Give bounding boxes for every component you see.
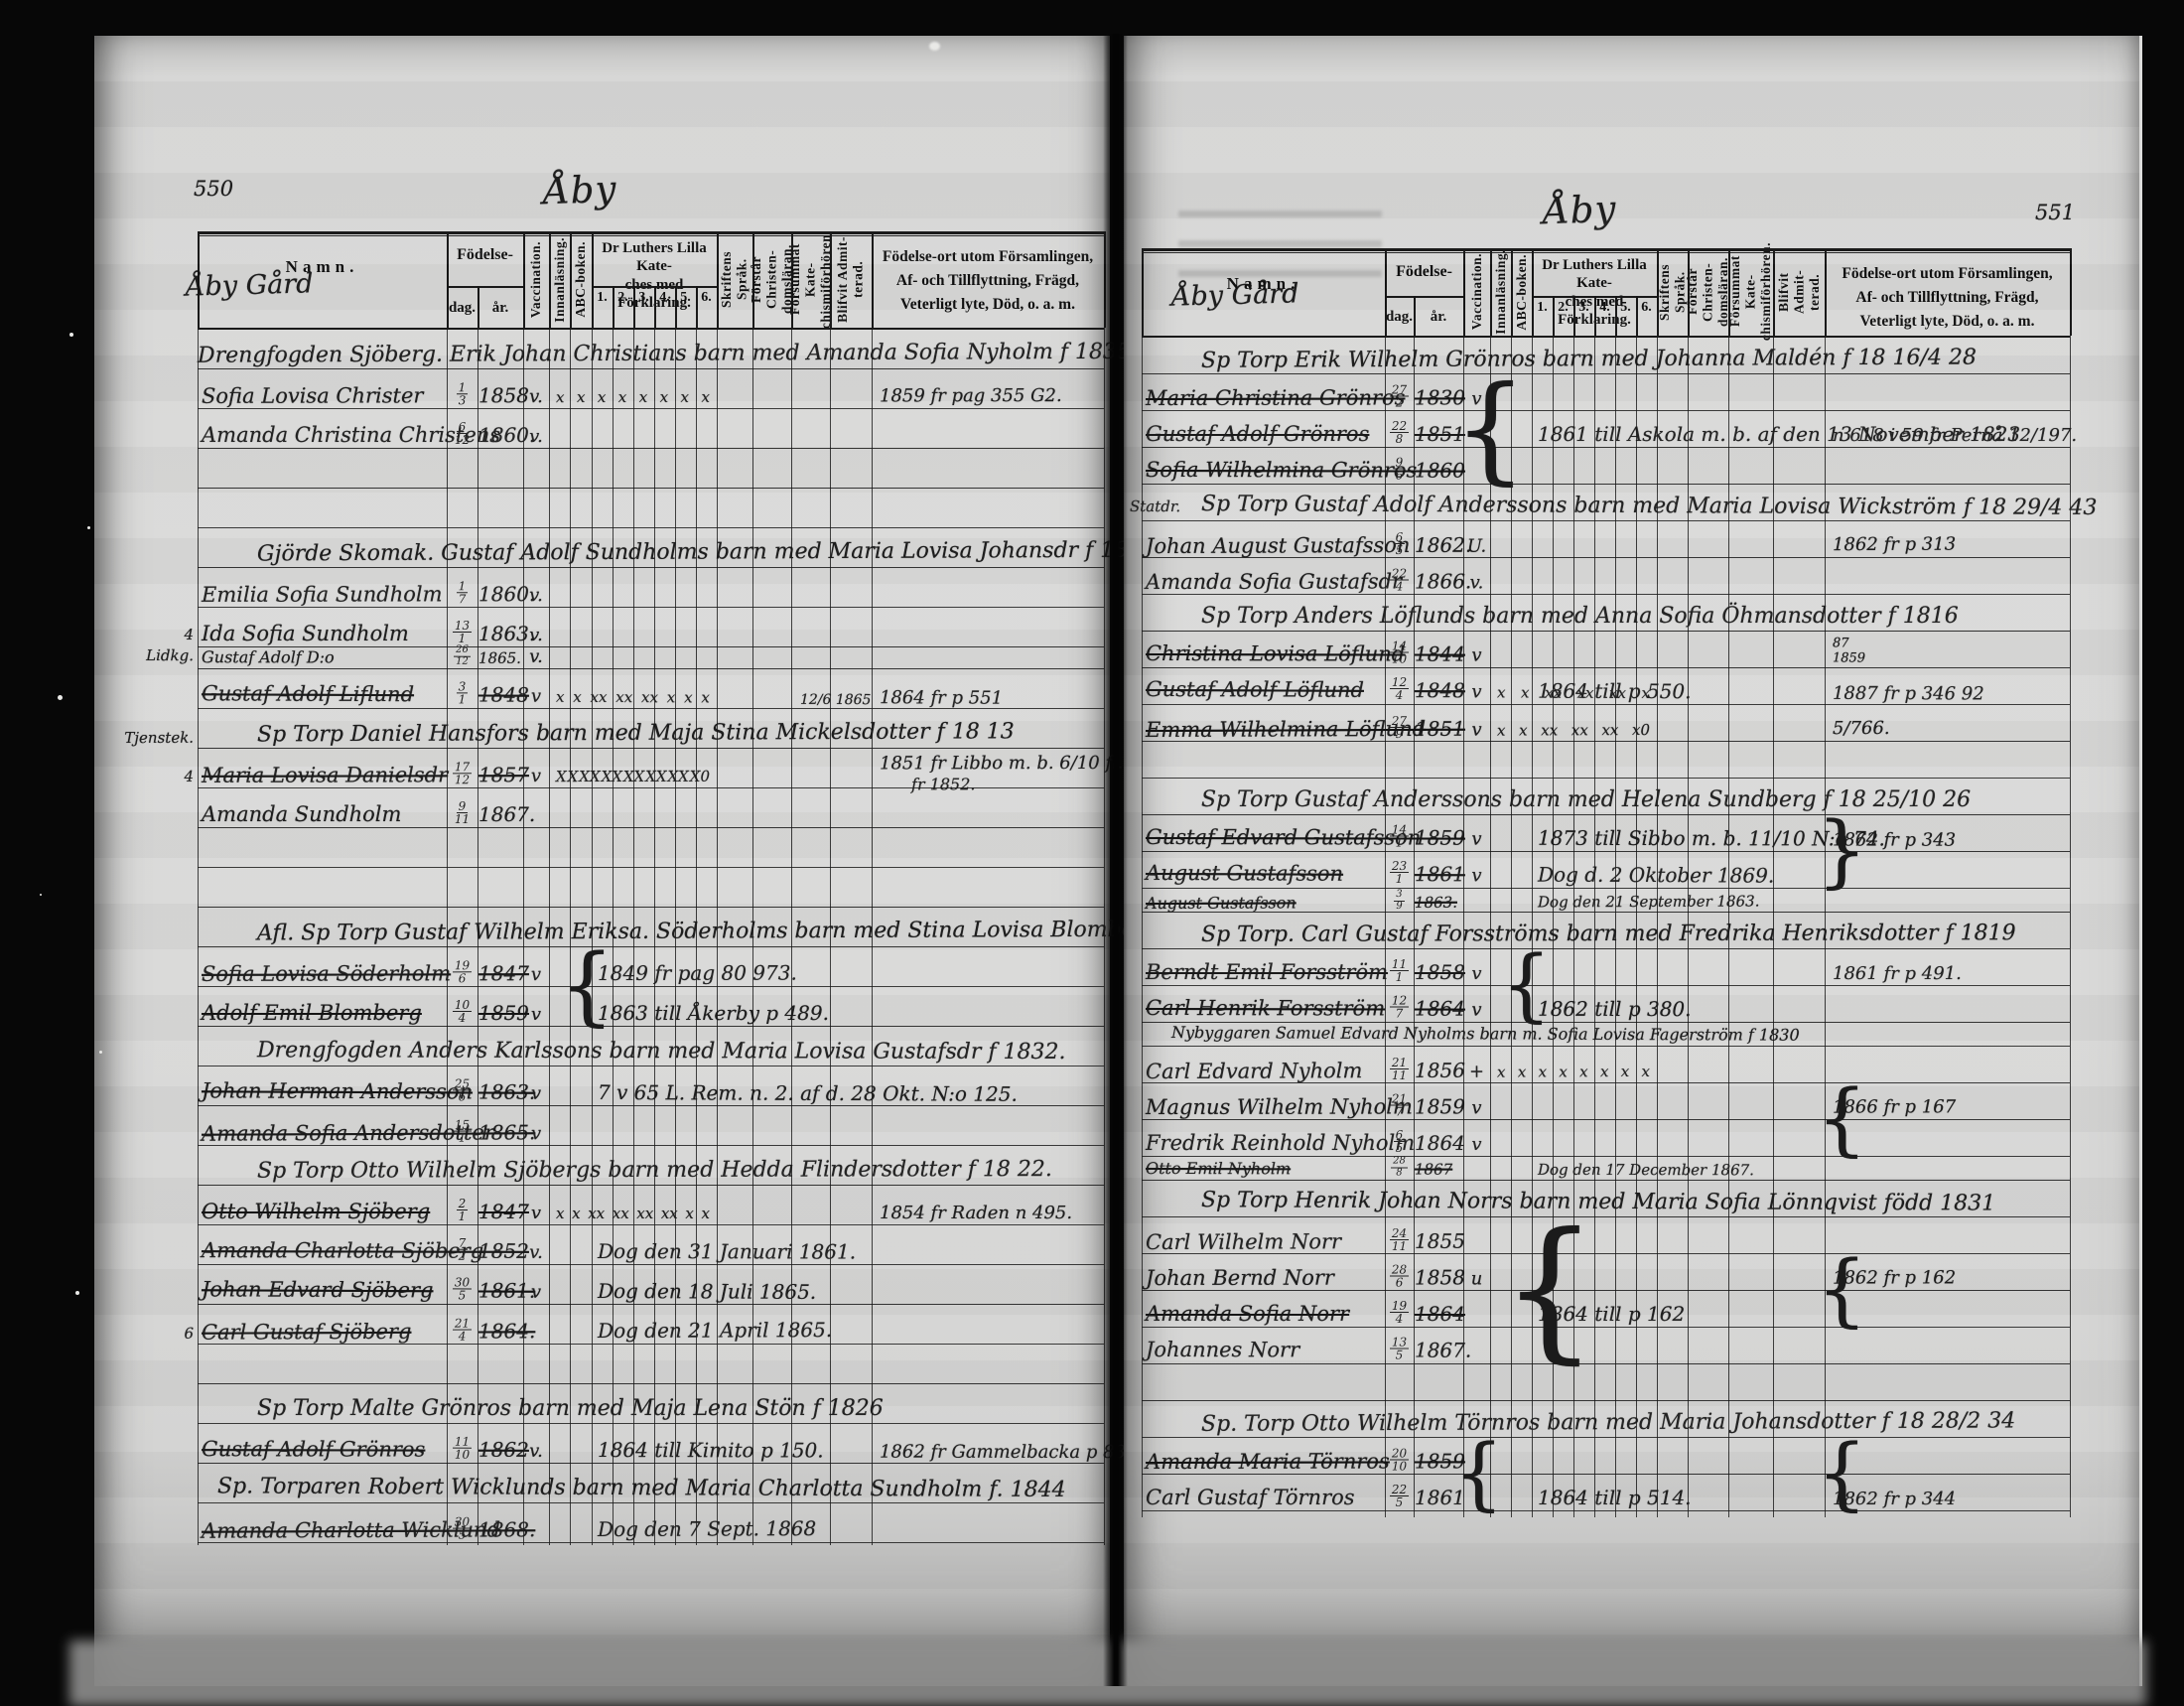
birth-day-cell: 305 xyxy=(447,1515,478,1541)
name-cell: Amanda Sofia Gustafsdr xyxy=(1146,570,1381,594)
name-cell: Amanda Sofia Norr xyxy=(1146,1302,1381,1326)
register-row: Gustaf Edvard Gustafsson1411859v1873 til… xyxy=(1124,814,2142,853)
reading-mark: x xyxy=(1559,1063,1568,1080)
vaccination-mark: v xyxy=(1463,865,1490,886)
grid-line xyxy=(549,328,550,1545)
reading-mark: x xyxy=(1621,1063,1630,1080)
family-header-text: Sp Torp. Carl Gustaf Forsströms barn med… xyxy=(1201,921,2068,947)
birth-day-figure: 20 xyxy=(1390,1447,1409,1461)
register-row: Amanda Sundholm9111867. xyxy=(94,788,1110,828)
family-header-row: Sp. Torp Otto Wilhelm Törnros barn med M… xyxy=(1124,1399,2142,1440)
family-header-row: Sp Torp Anders Löflunds barn med Anna So… xyxy=(1124,595,2142,632)
birth-day-cell: 1410 xyxy=(1385,640,1414,665)
birth-day-cell: 2010 xyxy=(1385,1447,1414,1473)
reading-mark: x xyxy=(1521,684,1530,702)
birth-day-figure: 8 xyxy=(1396,433,1404,446)
grid-line xyxy=(696,286,698,328)
birth-day-figure: 9 xyxy=(1396,901,1402,912)
reading-mark: x xyxy=(701,388,710,406)
register-row: Berndt Emil Forsström1111858v1861 fr p 4… xyxy=(1124,949,2142,986)
birth-year-cell: 1863. xyxy=(478,1079,522,1103)
vaccination-mark: v xyxy=(523,1203,549,1223)
name-cell: Sofia Wilhelmina Grönros xyxy=(1146,458,1381,482)
grid-line xyxy=(752,328,753,1545)
birth-day-figure: 7 xyxy=(459,594,467,607)
birth-year-cell: 1864. xyxy=(478,1319,522,1343)
register-row: Lidkg.Gustaf Adolf D:o26121865.v. xyxy=(94,646,1110,670)
grid-line xyxy=(1688,248,1690,336)
vaccination-mark: v xyxy=(1463,829,1490,850)
kat-note: 1873 till Sibbo m. b. 11/10 N:o 74. xyxy=(1538,826,1831,851)
blank-row xyxy=(94,487,1110,530)
reading-mark: x xyxy=(1579,1063,1588,1080)
name-cell: Johan August Gustafsson xyxy=(1146,533,1381,558)
film-speck xyxy=(75,1291,79,1295)
film-speck xyxy=(99,1051,102,1054)
register-row: 4Ida Sofia Sundholm1311863.v. xyxy=(94,608,1110,647)
register-row: Gustaf Adolf Löflund1241848vxxxxxxxxx186… xyxy=(1124,666,2142,707)
register-row: Amanda Christina Christens6121860.v. xyxy=(94,409,1110,449)
name-cell: Sofia Lovisa Christer xyxy=(202,383,443,408)
reading-mark: x xyxy=(572,1205,580,1222)
family-header-row: Sp. Torparen Robert Wicklunds barn med M… xyxy=(94,1462,1110,1505)
birth-year-cell: 1862 xyxy=(478,1438,522,1462)
grid-line xyxy=(1463,336,1464,1517)
family-header-row: Tjenstek.Sp Torp Daniel Hansfors barn me… xyxy=(94,707,1110,751)
birth-day-figure: 28 xyxy=(1391,1156,1408,1168)
birth-day-figure: 17 xyxy=(453,761,472,775)
name-cell: Amanda Maria Törnros xyxy=(1146,1450,1381,1474)
rule-line xyxy=(198,231,1104,234)
kat-note: 1849 fr pag 80 973. xyxy=(598,960,878,985)
birth-day-cell: 127 xyxy=(1385,994,1414,1020)
note-cell: 1864 fr p 551 xyxy=(880,687,1102,709)
kat-note: Dog den 17 December 1867. xyxy=(1538,1161,1831,1180)
birth-year-cell: 1847 xyxy=(478,961,522,985)
reading-mark: x xyxy=(1641,1063,1650,1080)
family-header-row: Sp Torp Malte Grönros barn med Maja Lena… xyxy=(94,1384,1110,1424)
reading-mark: XX xyxy=(667,768,688,785)
brace-mark: { xyxy=(1501,1213,1598,1366)
film-speck xyxy=(58,695,63,700)
birth-day-figure: 11 xyxy=(455,813,470,826)
birth-day-figure: 9 xyxy=(457,800,469,814)
grid-line xyxy=(872,328,873,1545)
birth-day-cell: 124 xyxy=(1385,676,1414,702)
vaccination-mark: v. xyxy=(523,386,549,407)
grid-line xyxy=(1553,296,1555,336)
birth-day-cell: 39 xyxy=(1385,890,1414,912)
birth-day-figure: 7 xyxy=(1396,1008,1404,1021)
birth-year-cell: 1867 xyxy=(1415,1161,1462,1179)
film-speck xyxy=(87,526,90,529)
grid-line xyxy=(523,231,525,328)
name-cell: Carl Edvard Nyholm xyxy=(1146,1059,1381,1083)
birth-year-cell: 1856 xyxy=(1415,1059,1462,1082)
register-row: Amanda Sofia Andersdotter1511865.v xyxy=(94,1104,1110,1148)
brace-mark: { xyxy=(1453,370,1527,487)
birth-day-figure: 12 xyxy=(1390,994,1409,1008)
kat-note: 1862 till p 380. xyxy=(1538,997,1831,1022)
grid-line xyxy=(1615,336,1616,1517)
name-cell: Emilia Sofia Sundholm xyxy=(202,582,443,607)
register-row: Johan August Gustafsson651862.U.1862 fr … xyxy=(1124,519,2142,560)
birth-day-cell: 196 xyxy=(447,959,478,985)
birth-day-cell: 272 xyxy=(1385,383,1414,409)
grid-line xyxy=(872,231,874,328)
birth-year-cell: 1858 xyxy=(1415,960,1462,984)
birth-day-figure: 21 xyxy=(1390,1092,1409,1106)
grid-line xyxy=(1511,248,1513,336)
birth-day-figure: 2 xyxy=(1396,397,1404,410)
name-cell: Gustaf Adolf Liflund xyxy=(202,681,443,706)
birth-day-figure: 4 xyxy=(1396,1313,1404,1326)
note-cell: 1887 fr p 346 92 xyxy=(1833,683,2068,705)
brace-mark: { xyxy=(1453,1434,1504,1513)
name-cell: Otto Wilhelm Sjöberg xyxy=(202,1200,443,1223)
name-cell: Ida Sofia Sundholm xyxy=(202,622,443,645)
reading-mark: XX xyxy=(645,768,666,785)
register-row: Carl Henrik Forsström1271864v1862 till p… xyxy=(1124,985,2142,1024)
brace-mark: { xyxy=(1817,1079,1867,1159)
register-row: Fredrik Reinhold Nyholm651864v xyxy=(1124,1120,2142,1157)
birth-day-cell: 286 xyxy=(1385,1263,1414,1289)
reading-mark: x xyxy=(660,388,669,406)
family-header-text: Sp Torp Otto Wilhelm Sjöbergs barn med H… xyxy=(257,1157,1102,1184)
birth-day-figure: 13 xyxy=(453,620,472,634)
family-header-text: Drengfogden Anders Karlssons barn med Ma… xyxy=(257,1038,1102,1065)
vaccination-mark: + xyxy=(1463,1062,1490,1082)
name-cell: Christina Lovisa Löflund xyxy=(1146,641,1381,665)
birth-day-figure: 3 xyxy=(459,395,467,408)
family-header-text: Sp. Torparen Robert Wicklunds barn med M… xyxy=(217,1474,1102,1502)
grid-line xyxy=(654,286,656,328)
grid-line xyxy=(2070,248,2072,336)
birth-day-cell: 279 xyxy=(1385,715,1414,741)
vaccination-mark: v. xyxy=(1463,572,1490,593)
note-cell: 1851 fr Libbo m. b. 6/10 fl. n:o 8 xyxy=(880,753,1102,774)
reading-mark: X0 xyxy=(690,768,710,785)
grid-line xyxy=(1414,296,1416,336)
reading-mark: x xyxy=(1497,1064,1506,1081)
birth-year-cell: 1848 xyxy=(478,682,522,706)
birth-year-cell: 1847 xyxy=(478,1200,522,1223)
birth-day-cell: 72 xyxy=(447,1236,478,1262)
birth-day-figure: 28 xyxy=(1390,1263,1409,1277)
birth-day-figure: 21 xyxy=(453,1317,472,1331)
birth-day-figure: 4 xyxy=(1396,689,1404,702)
rule-line xyxy=(447,286,523,288)
brace-mark: { xyxy=(1501,945,1552,1025)
birth-day-figure: 12 xyxy=(456,656,469,667)
name-cell: Johan Edvard Sjöberg xyxy=(202,1277,443,1302)
register-row: Magnus Wilhelm Nyholm2171859v1866 fr p 1… xyxy=(1124,1082,2142,1121)
brace-mark: { xyxy=(560,943,614,1029)
vaccination-mark: v xyxy=(1463,681,1490,702)
name-cell: Gustaf Adolf Grönros xyxy=(1146,422,1381,446)
birth-day-cell: 2411 xyxy=(1385,1227,1414,1253)
register-row: Sofia Lovisa Christer131858v.xxxxxxxx185… xyxy=(94,368,1110,410)
birth-day-cell: 13 xyxy=(447,381,478,407)
family-header-text: Sp Torp Erik Wilhelm Grönros barn med Jo… xyxy=(1201,345,2068,373)
margin-note: Lidkg. xyxy=(106,646,194,664)
birth-year-cell: 1868. xyxy=(478,1517,522,1541)
birth-day-figure: 6 xyxy=(459,1091,467,1104)
birth-year-cell: 1859 xyxy=(1415,1094,1462,1118)
birth-day-figure: 7 xyxy=(457,1237,469,1251)
birth-day-cell: 231 xyxy=(1385,860,1414,886)
kat-note: Dog den 21 September 1863. xyxy=(1538,892,1831,911)
rule-line xyxy=(1142,336,2070,338)
birth-year-cell: 1862. xyxy=(1415,533,1462,557)
register-row: Johan Herman Andersson2561863.v7 v 65 L.… xyxy=(94,1065,1110,1108)
brace-mark: { xyxy=(1817,1250,1867,1330)
birth-day-cell: 21 xyxy=(447,1198,478,1223)
birth-day-cell: 305 xyxy=(447,1276,478,1302)
book-gutter xyxy=(1103,34,1128,1686)
birth-day-figure: 2 xyxy=(459,1250,467,1263)
family-header-text: Afl. Sp Torp Gustaf Wilhelm Eriksa. Söde… xyxy=(257,918,1102,946)
grid-line xyxy=(1636,336,1637,1517)
birth-day-cell: 217 xyxy=(1385,1092,1414,1118)
grid-line xyxy=(1414,336,1415,1517)
kat-note: 1864 till Kimito p 150. xyxy=(598,1438,878,1463)
grid-line xyxy=(1532,248,1534,336)
birth-day-figure: 6 xyxy=(1396,1277,1404,1290)
reading-mark: x xyxy=(556,388,565,406)
family-header-text: Sp Torp Daniel Hansfors barn med Maja St… xyxy=(257,719,1102,748)
note-cell: 1862 fr p 162 xyxy=(1833,1267,2068,1288)
birth-day-figure: 6 xyxy=(1396,470,1404,483)
name-cell: Gustaf Adolf Grönros xyxy=(202,1437,443,1462)
birth-year-cell: 1858 xyxy=(478,383,522,407)
birth-day-figure: 1 xyxy=(459,694,467,707)
name-cell: Sofia Lovisa Söderholm xyxy=(202,961,443,986)
table-body: Sp Torp Erik Wilhelm Grönros barn med Jo… xyxy=(1124,36,2139,1686)
note-cell: 5/766. xyxy=(1833,717,2068,739)
birth-day-cell: 31 xyxy=(447,680,478,706)
birth-day-cell: 214 xyxy=(447,1317,478,1343)
register-row: Johan Edvard Sjöberg3051861.vDog den 18 … xyxy=(94,1263,1110,1307)
family-header-row: Sp Torp Gustaf Anderssons barn med Helen… xyxy=(1124,779,2142,815)
birth-day-figure: 14 xyxy=(1390,823,1409,837)
grid-line xyxy=(2070,336,2071,1517)
name-cell: Carl Henrik Forsström xyxy=(1146,996,1381,1020)
birth-day-figure: 6 xyxy=(459,973,467,986)
birth-day-cell: 2612 xyxy=(447,645,478,667)
register-row: Otto Wilhelm Sjöberg211847vxxxxxxxxxxxx1… xyxy=(94,1186,1110,1225)
birth-year-cell: 1863. xyxy=(478,622,522,645)
grid-line xyxy=(523,328,524,1545)
grid-line xyxy=(447,328,448,1545)
birth-day-figure: 10 xyxy=(1392,653,1407,666)
rule-line xyxy=(198,1542,1104,1543)
reading-mark: x xyxy=(684,688,693,706)
birth-day-figure: 5 xyxy=(1396,1142,1404,1155)
name-cell: Emma Wilhelmina Löflund xyxy=(1146,717,1381,742)
grid-line xyxy=(1490,248,1492,336)
name-cell: Johan Bernd Norr xyxy=(1146,1266,1381,1290)
birth-day-figure: 2 xyxy=(457,1198,469,1211)
birth-year-cell: 1865. xyxy=(478,1120,522,1144)
grid-line xyxy=(570,231,572,328)
name-cell: Johannes Norr xyxy=(1146,1338,1381,1361)
family-header-text: Sp Torp Malte Grönros barn med Maja Lena… xyxy=(257,1396,1102,1421)
register-row: Maria Christina Grönros2721830v xyxy=(1124,373,2142,412)
grid-line xyxy=(830,231,832,328)
grid-line xyxy=(1688,336,1689,1517)
margin-note: Statdr. xyxy=(1130,498,1138,515)
kat-note: Dog den 18 Juli 1865. xyxy=(598,1279,878,1304)
rule-line xyxy=(1142,1510,2070,1511)
name-cell: August Gustafsson xyxy=(1146,861,1381,886)
family-header-text: Sp Torp Anders Löflunds barn med Anna So… xyxy=(1201,604,2068,629)
family-header-row: Drengfogden Sjöberg. Erik Johan Christia… xyxy=(94,328,1110,371)
vaccination-mark: v xyxy=(1463,963,1490,984)
birth-day-cell: 104 xyxy=(447,999,478,1025)
birth-year-cell: 1844 xyxy=(1415,642,1462,666)
birth-year-cell: 1859 xyxy=(1415,826,1462,850)
vaccination-mark: v xyxy=(523,1123,549,1144)
birth-day-figure: 27 xyxy=(1390,715,1409,729)
birth-year-cell: 1857 xyxy=(478,763,522,786)
kat-note: 1864 till p 550. xyxy=(1538,679,1831,704)
family-header-row: Gjörde Skomak. Gustaf Adolf Sundholms ba… xyxy=(94,526,1110,570)
note-cell: n 618 i 59 fr Pernå 12/197. xyxy=(1833,425,2068,446)
birth-year-cell: 1866. xyxy=(1415,569,1462,593)
grid-line xyxy=(198,231,200,328)
reading-mark: XX xyxy=(579,768,600,785)
family-header-row: Sp Torp. Carl Gustaf Forsströms barn med… xyxy=(1124,912,2142,950)
brace-mark: { xyxy=(1817,1434,1867,1513)
birth-day-cell: 141 xyxy=(1385,823,1414,849)
kat-note: Dog den 21 April 1865. xyxy=(598,1318,878,1343)
reading-mark: x xyxy=(701,1205,709,1222)
register-row: Emilia Sofia Sundholm171860.v. xyxy=(94,567,1110,609)
family-header-text: Gjörde Skomak. Gustaf Adolf Sundholms ba… xyxy=(257,538,1102,567)
vaccination-mark: v xyxy=(523,1004,549,1025)
reading-mark: x xyxy=(1539,1063,1548,1080)
vaccination-mark: v. xyxy=(523,1441,549,1462)
register-row: Amanda Sofia Gustafsdr2241866.v. xyxy=(1124,557,2142,596)
birth-day-figure: 4 xyxy=(459,1331,467,1344)
vaccination-mark: v xyxy=(1463,1097,1490,1118)
register-row: Gustaf Adolf Liflund311848vxxxxxxxxxxx12… xyxy=(94,667,1110,711)
grid-line xyxy=(1463,248,1465,336)
birth-day-figure: 12 xyxy=(455,775,470,787)
birth-day-figure: 30 xyxy=(453,1276,472,1290)
grid-line xyxy=(717,328,718,1545)
birth-day-cell: 224 xyxy=(1385,567,1414,593)
register-row: Emma Wilhelmina Löflund2791851vxxxxxxxxx… xyxy=(1124,703,2142,744)
vaccination-mark: v xyxy=(523,766,549,786)
birth-day-figure: 3 xyxy=(457,680,469,694)
birth-day-figure: 1 xyxy=(457,381,469,395)
note-cell: 1866 fr p 167 xyxy=(1833,1096,2068,1117)
birth-day-figure: 9 xyxy=(1394,456,1406,470)
family-header-text: Sp Torp Gustaf Adolf Anderssons barn med… xyxy=(1201,492,2068,520)
family-header-row: Sp Torp Henrik Johan Norrs barn med Mari… xyxy=(1124,1179,2142,1219)
note-cell: 1862 fr p 343 xyxy=(1833,829,2068,850)
grid-line xyxy=(696,328,697,1545)
birth-day-figure: 5 xyxy=(1396,1496,1404,1509)
name-cell: August Gustafsson xyxy=(1146,893,1381,913)
family-header-text: Sp Torp Henrik Johan Norrs barn med Mari… xyxy=(1201,1188,2068,1216)
vaccination-mark: v. xyxy=(523,646,549,667)
birth-year-cell: 1851 xyxy=(1415,717,1462,741)
birth-year-cell: 1861 xyxy=(1415,862,1462,886)
note-cell: 1854 fr Raden n 495. xyxy=(880,1203,1102,1223)
reading-mark: x xyxy=(573,688,582,706)
register-row: 4Maria Lovisa Danielsdr17121857vXXXXXXXX… xyxy=(94,748,1110,789)
note-cell: 1862 fr p 313 xyxy=(1833,533,2068,555)
grid-line xyxy=(1490,336,1491,1517)
birth-day-cell: 1712 xyxy=(447,761,478,786)
name-cell: Carl Gustaf Törnros xyxy=(1146,1486,1381,1509)
grid-line xyxy=(791,231,793,328)
birth-day-figure: 1 xyxy=(459,1132,467,1145)
pre-note: 12/6 1865 xyxy=(800,692,872,708)
grid-line xyxy=(1657,336,1658,1517)
birth-day-figure: 11 xyxy=(453,1435,472,1449)
register-row: Amanda Charlotta Sjöberg721852v.Dog den … xyxy=(94,1224,1110,1266)
kat-note: Dog d. 2 Oktober 1869. xyxy=(1538,863,1831,888)
name-cell: Fredrik Reinhold Nyholm xyxy=(1146,1131,1381,1155)
grid-line xyxy=(1142,336,1143,1517)
register-row: August Gustafsson2311861vDog d. 2 Oktobe… xyxy=(1124,850,2142,891)
birth-day-cell: 65 xyxy=(1385,531,1414,557)
grid-line xyxy=(830,328,831,1545)
birth-day-figure: 30 xyxy=(453,1515,472,1529)
name-cell: Carl Gustaf Sjöberg xyxy=(202,1320,443,1345)
reading-mark: x xyxy=(1497,722,1506,740)
name-cell: Gustaf Edvard Gustafsson xyxy=(1146,825,1381,849)
name-cell: Magnus Wilhelm Nyholm xyxy=(1146,1095,1381,1119)
grid-line xyxy=(1728,248,1730,336)
reading-mark: xx xyxy=(615,688,632,706)
birth-day-figure: 6 xyxy=(1394,1129,1406,1143)
grid-line xyxy=(1773,248,1775,336)
birth-day-cell: 151 xyxy=(447,1118,478,1144)
birth-year-cell: 1858 xyxy=(1415,1265,1462,1289)
name-cell: Gustaf Adolf D:o xyxy=(202,647,443,667)
birth-day-figure: 1 xyxy=(457,580,469,594)
kat-note: 1861 till Askola m. b. af den 13 Novembe… xyxy=(1538,422,1831,446)
vaccination-mark: u xyxy=(1463,1268,1490,1289)
grid-line xyxy=(654,328,655,1545)
birth-day-figure: 11 xyxy=(1392,1069,1407,1082)
birth-day-cell: 111 xyxy=(1385,958,1414,984)
birth-day-figure: 8 xyxy=(1396,1168,1402,1179)
birth-day-figure: 4 xyxy=(1396,581,1404,594)
vaccination-mark: v xyxy=(1463,645,1490,666)
birth-day-figure: 9 xyxy=(1396,728,1404,741)
grid-line xyxy=(1728,336,1729,1517)
reading-mark: xx xyxy=(613,1205,629,1222)
note-cell: 1859 fr pag 355 G2. xyxy=(880,385,1102,406)
name-cell: Adolf Emil Blomberg xyxy=(202,1001,443,1025)
name-cell: Otto Emil Nyholm xyxy=(1146,1159,1381,1178)
birth-year-cell: 1848 xyxy=(1415,678,1462,702)
birth-day-figure: 26 xyxy=(454,645,471,657)
note-cell: 1861 fr p 491. xyxy=(1833,963,2068,984)
birth-year-cell: 1867. xyxy=(1415,1339,1462,1362)
birth-day-figure: 6 xyxy=(1394,531,1406,545)
birth-year-cell: 1863. xyxy=(1415,894,1462,912)
reading-mark: x0 xyxy=(1632,721,1650,739)
reading-mark: X xyxy=(556,768,567,785)
birth-day-cell: 1110 xyxy=(447,1435,478,1461)
